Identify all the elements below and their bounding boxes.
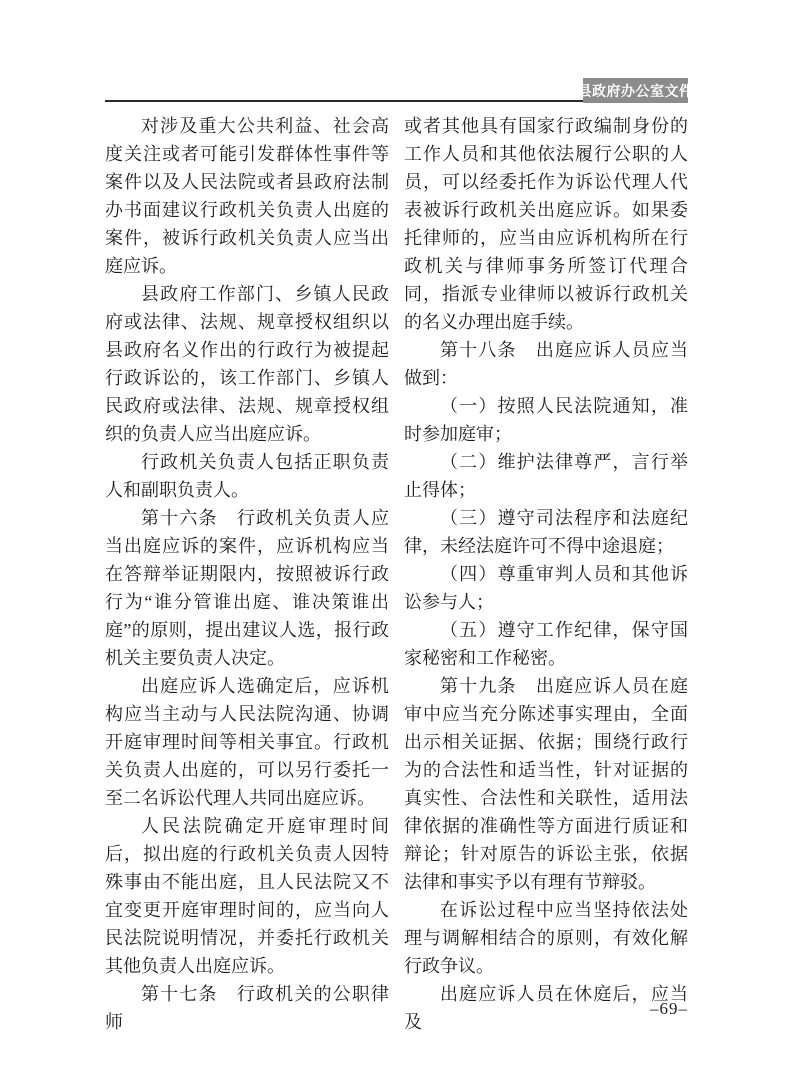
right-column: 或者其他具有国家行政编制身份的工作人员和其他依法履行公职的人员，可以经委托作为诉…	[404, 112, 688, 1036]
paragraph: 对涉及重大公共利益、社会高度关注或者可能引发群体性事件等案件以及人民法院或者县政…	[105, 112, 389, 280]
paragraph: 第十七条 行政机关的公职律师	[105, 980, 389, 1036]
paragraph: 出庭应诉人选确定后，应诉机构应当主动与人民法院沟通、协调开庭审理时间等相关事宜。…	[105, 672, 389, 812]
paragraph: （三）遵守司法程序和法庭纪律，未经法庭许可不得中途退庭；	[404, 504, 688, 560]
paragraph: 在诉讼过程中应当坚持依法处理与调解相结合的原则，有效化解行政争议。	[404, 896, 688, 980]
header-badge: 县政府办公室文件	[583, 78, 688, 103]
paragraph: （一）按照人民法院通知，准时参加庭审；	[404, 392, 688, 448]
header-badge-label: 县政府办公室文件	[578, 81, 694, 101]
paragraph: （五）遵守工作纪律，保守国家秘密和工作秘密。	[404, 616, 688, 672]
paragraph: 出庭应诉人员在休庭后，应当及	[404, 980, 688, 1036]
left-column: 对涉及重大公共利益、社会高度关注或者可能引发群体性事件等案件以及人民法院或者县政…	[105, 112, 389, 1036]
page-number: –69–	[650, 999, 688, 1019]
paragraph: （四）尊重审判人员和其他诉讼参与人；	[404, 560, 688, 616]
paragraph: 县政府工作部门、乡镇人民政府或法律、法规、规章授权组织以县政府名义作出的行政行为…	[105, 280, 389, 448]
paragraph: 第十八条 出庭应诉人员应当做到：	[404, 336, 688, 392]
paragraph: 行政机关负责人包括正职负责人和副职负责人。	[105, 448, 389, 504]
paragraph: 或者其他具有国家行政编制身份的工作人员和其他依法履行公职的人员，可以经委托作为诉…	[404, 112, 688, 336]
document-page: 县政府办公室文件 对涉及重大公共利益、社会高度关注或者可能引发群体性事件等案件以…	[0, 0, 793, 1077]
paragraph: （二）维护法律尊严，言行举止得体；	[404, 448, 688, 504]
document-body: 对涉及重大公共利益、社会高度关注或者可能引发群体性事件等案件以及人民法院或者县政…	[105, 112, 688, 1036]
paragraph: 人民法院确定开庭审理时间后，拟出庭的行政机关负责人因特殊事由不能出庭，且人民法院…	[105, 812, 389, 980]
paragraph: 第十六条 行政机关负责人应当出庭应诉的案件，应诉机构应当在答辩举证期限内，按照被…	[105, 504, 389, 672]
paragraph: 第十九条 出庭应诉人员在庭审中应当充分陈述事实理由，全面出示相关证据、依据；围绕…	[404, 672, 688, 896]
